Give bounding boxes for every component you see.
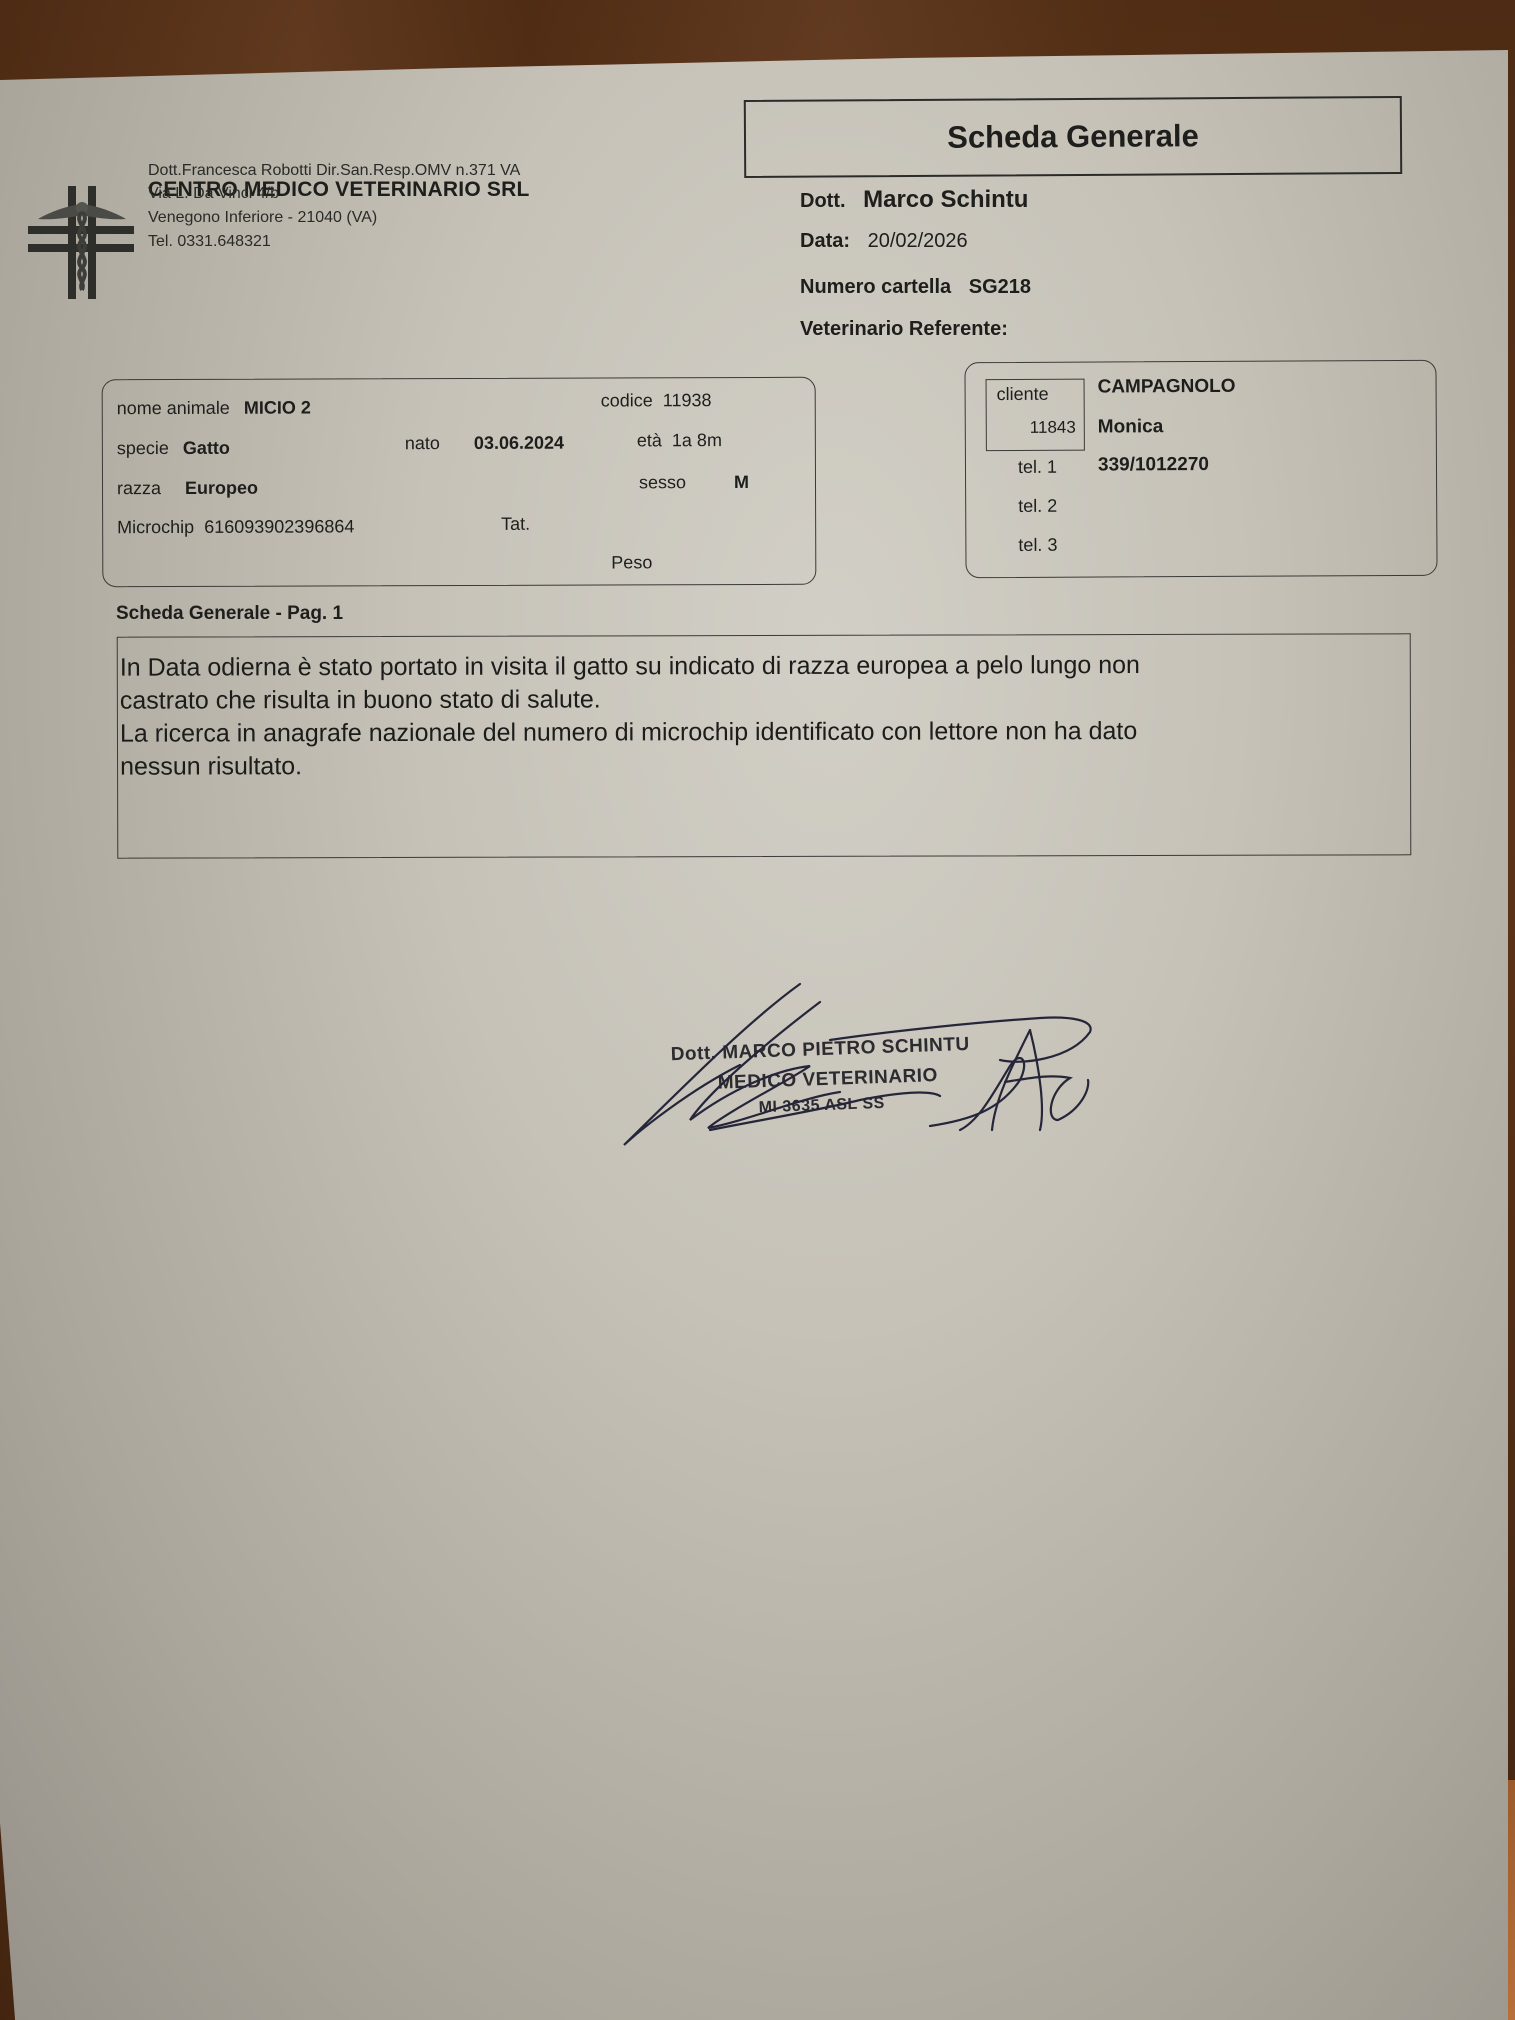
- record-number-value: SG218: [969, 276, 1031, 298]
- animal-code-label: codice: [601, 390, 653, 410]
- notes-line: In Data odierna è stato portato in visit…: [120, 648, 1390, 684]
- microchip-value: 616093902396864: [204, 516, 354, 537]
- animal-info-box: nome animaleMICIO 2 codice11938 specieGa…: [102, 377, 817, 587]
- client-label: cliente: [997, 384, 1049, 405]
- species-label: specie: [117, 438, 169, 458]
- referring-vet-row: Veterinario Referente:: [800, 318, 1020, 341]
- age-label: età: [637, 430, 662, 450]
- document-title-box: Scheda Generale: [744, 96, 1402, 178]
- notes-box: In Data odierna è stato portato in visit…: [117, 633, 1412, 858]
- weight-label: Peso: [611, 552, 652, 572]
- phone-3-label: tel. 3: [1018, 535, 1057, 556]
- microchip-field: Microchip616093902396864: [117, 516, 354, 538]
- animal-code-field: codice11938: [601, 390, 712, 411]
- breed-value: Europeo: [185, 478, 258, 498]
- animal-name-field: nome animaleMICIO 2: [117, 398, 311, 420]
- born-field: nato03.06.2024: [405, 433, 564, 455]
- date-label: Data:: [800, 230, 850, 252]
- tattoo-field: Tat.: [501, 514, 540, 535]
- referring-vet-label: Veterinario Referente:: [800, 318, 1008, 340]
- phone-1-value: 339/1012270: [1098, 454, 1209, 477]
- clinic-director: Dott.Francesca Robotti Dir.San.Resp.OMV …: [148, 162, 520, 180]
- animal-name-label: nome animale: [117, 398, 230, 418]
- doctor-row: Dott. Marco Schintu: [800, 186, 1028, 214]
- clinic-address: Via L. Da Vinci 4/b: [148, 185, 279, 203]
- breed-label: razza: [117, 478, 161, 498]
- client-info-box: cliente 11843 CAMPAGNOLO Monica tel. 1 3…: [964, 360, 1437, 578]
- doctor-name: Marco Schintu: [863, 186, 1028, 213]
- document-sheet: CENTRO MEDICO VETERINARIO SRL Dott.Franc…: [0, 50, 1508, 2020]
- clinic-city: Venegono Inferiore - 21040 (VA): [148, 209, 377, 227]
- species-value: Gatto: [183, 438, 230, 458]
- animal-code-value: 11938: [663, 390, 712, 410]
- record-number-label: Numero cartella: [800, 276, 951, 298]
- caduceus-cross-icon: [26, 186, 136, 301]
- breed-field: razzaEuropeo: [117, 478, 258, 499]
- clinic-phone: Tel. 0331.648321: [148, 233, 271, 251]
- age-field: età1a 8m: [637, 430, 722, 451]
- weight-field: Peso: [611, 552, 662, 573]
- client-id-box: cliente 11843: [986, 379, 1085, 452]
- document-title: Scheda Generale: [947, 118, 1199, 156]
- notes-line: castrato che risulta in buono stato di s…: [120, 681, 1390, 717]
- born-label: nato: [405, 433, 440, 453]
- date-value: 20/02/2026: [868, 230, 968, 252]
- notes-line: La ricerca in anagrafe nazionale del num…: [120, 714, 1390, 750]
- notes-text: In Data odierna è stato portato in visit…: [120, 648, 1390, 783]
- client-first-name: Monica: [1098, 416, 1164, 438]
- handwritten-signature-icon: [600, 970, 1120, 1160]
- client-surname: CAMPAGNOLO: [1098, 376, 1236, 399]
- date-row: Data: 20/02/2026: [800, 230, 968, 253]
- species-field: specieGatto: [117, 438, 230, 459]
- sex-value: M: [734, 472, 749, 492]
- sex-field: sessoM: [639, 472, 749, 493]
- client-id: 11843: [1030, 418, 1076, 438]
- sex-label: sesso: [639, 472, 686, 492]
- animal-name-value: MICIO 2: [244, 398, 311, 418]
- phone-1-label: tel. 1: [1018, 457, 1057, 478]
- doctor-label: Dott.: [800, 190, 846, 212]
- phone-2-label: tel. 2: [1018, 496, 1057, 517]
- tattoo-label: Tat.: [501, 514, 530, 534]
- microchip-label: Microchip: [117, 517, 194, 537]
- notes-line: nessun risultato.: [120, 747, 1390, 783]
- born-value: 03.06.2024: [474, 433, 564, 453]
- notes-section-title: Scheda Generale - Pag. 1: [116, 603, 343, 625]
- record-number-row: Numero cartella SG218: [800, 276, 1031, 299]
- age-value: 1a 8m: [672, 430, 722, 450]
